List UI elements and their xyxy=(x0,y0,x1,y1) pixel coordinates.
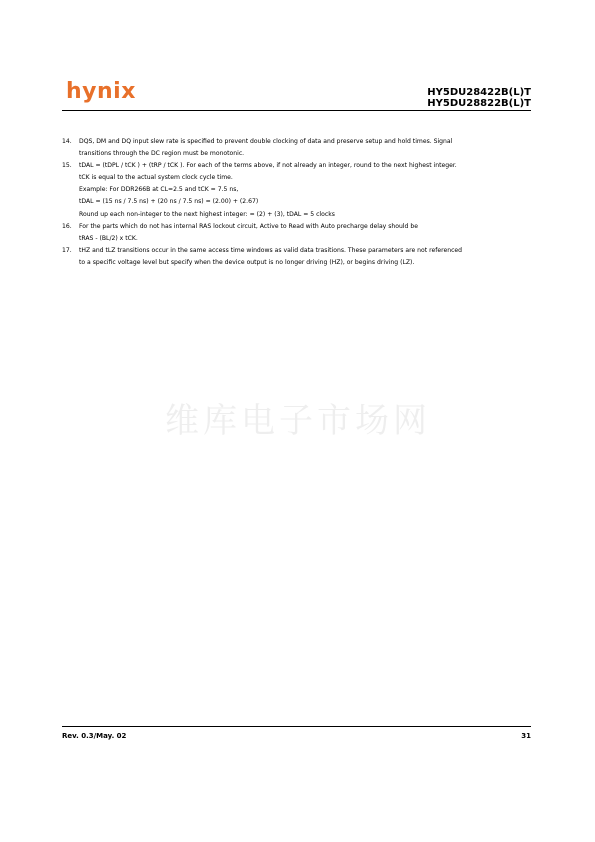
notes-list: 14. DQS, DM and DQ input slew rate is sp… xyxy=(62,136,532,269)
note-number: 16. xyxy=(62,221,72,233)
note-line: tDAL = (15 ns / 7.5 ns) + (20 ns / 7.5 n… xyxy=(79,196,532,208)
note-line: tHZ and tLZ transitions occur in the sam… xyxy=(79,245,532,257)
part-number-2: HY5DU28822B(L)T xyxy=(427,98,531,109)
note-line: Round up each non-integer to the next hi… xyxy=(79,209,532,221)
note-line: For the parts which do not has internal … xyxy=(79,221,532,233)
note-number: 14. xyxy=(62,136,72,148)
note-number: 15. xyxy=(62,160,72,172)
revision-label: Rev. 0.3/May. 02 xyxy=(62,732,126,740)
note-14: 14. DQS, DM and DQ input slew rate is sp… xyxy=(62,136,532,160)
note-15: 15. tDAL = (tDPL / tCK ) + (tRP / tCK ).… xyxy=(62,160,532,220)
note-line: tRAS - (BL/2) x tCK. xyxy=(79,233,532,245)
hynix-logo: hynix xyxy=(66,78,136,106)
note-line: tCK is equal to the actual system clock … xyxy=(79,172,532,184)
note-line: to a specific voltage level but specify … xyxy=(79,257,532,269)
note-number: 17. xyxy=(62,245,72,257)
note-line: transitions through the DC region must b… xyxy=(79,148,532,160)
header-divider xyxy=(62,110,531,111)
part-numbers: HY5DU28422B(L)T HY5DU28822B(L)T xyxy=(427,87,531,109)
note-line: DQS, DM and DQ input slew rate is specif… xyxy=(79,136,532,148)
note-line: Example: For DDR266B at CL=2.5 and tCK =… xyxy=(79,184,532,196)
page-number: 31 xyxy=(521,732,531,740)
part-number-1: HY5DU28422B(L)T xyxy=(427,87,531,98)
note-17: 17. tHZ and tLZ transitions occur in the… xyxy=(62,245,532,269)
note-16: 16. For the parts which do not has inter… xyxy=(62,221,532,245)
note-line: tDAL = (tDPL / tCK ) + (tRP / tCK ). For… xyxy=(79,160,532,172)
watermark: 维库电子市场网 xyxy=(165,393,431,442)
footer-divider xyxy=(62,726,531,727)
